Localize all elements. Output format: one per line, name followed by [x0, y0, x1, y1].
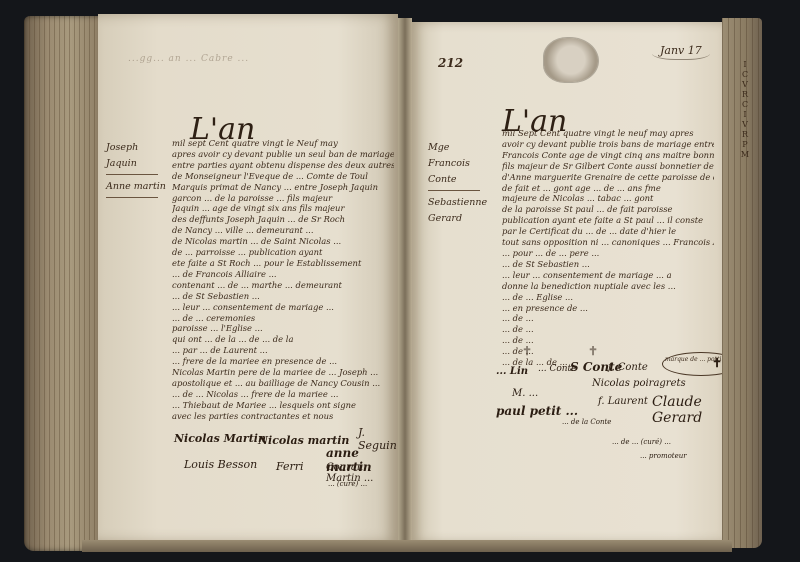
cross-mark-icon: ✝ [588, 344, 598, 358]
book-gutter [398, 18, 412, 542]
text-line: Nicolas Martin pere de la mariee de ... … [172, 367, 394, 378]
margin-divider [428, 190, 480, 191]
edge-letter: M [738, 150, 752, 160]
text-line: avoir cy devant publie trois bans de mar… [502, 139, 714, 150]
text-line: des deffunts Joseph Jaquin ... de Sr Roc… [172, 214, 394, 225]
edge-letter: V [738, 80, 752, 90]
text-line: ... leur ... consentement de mariage ... [172, 302, 394, 313]
text-line: avec les parties contractantes et nous [172, 411, 394, 422]
text-line: de Nicolas martin ... de Saint Nicolas .… [172, 236, 394, 247]
text-line: garcon ... de la paroisse ... fils majeu… [172, 193, 394, 204]
cross-mark-icon: ✝ [712, 356, 722, 370]
open-register-book: ...gg... an ... Cabre ... L'an Joseph Ja… [22, 10, 762, 555]
signature: Nicolas poiragrets [592, 378, 686, 389]
left-page-block-edge [24, 16, 102, 551]
signature: Ferri [276, 460, 304, 473]
signature: ... promoteur [640, 452, 687, 460]
edge-letter: V [738, 120, 752, 130]
text-line: publication ayant ete faite a St paul ..… [502, 215, 714, 226]
text-line: ... par ... de Laurent ... [172, 345, 394, 356]
text-line: ... de ... Eglise ... [502, 292, 714, 303]
margin-name: Anne martin [106, 179, 168, 195]
edge-letter: I [738, 60, 752, 70]
right-entry-text: mil Sept Cent quatre vingt le neuf may a… [502, 128, 714, 368]
text-line: paroisse ... l'Eglise ... [172, 323, 394, 334]
margin-name: Mge [428, 140, 490, 156]
signature: ... de ... (curé) ... [612, 438, 671, 446]
signature: Claude Gerard [652, 394, 722, 426]
text-line: de ... parroisse ... publication ayant [172, 247, 394, 258]
text-line: ... de St Sebastien ... [172, 291, 394, 302]
folio-mark: Janv 17 [652, 44, 710, 60]
signature: ... (curé) ... [328, 480, 367, 488]
signature: Nicolas Martin [174, 432, 266, 445]
signature: Louis Besson [184, 458, 257, 471]
text-line: de Nancy ... ville ... demeurant ... [172, 225, 394, 236]
text-line: par le Certificat du ... de ... date d'h… [502, 226, 714, 237]
signature: paul petit ... [496, 404, 578, 418]
text-line: ... de St Sebastien ... [502, 259, 714, 270]
signature: ... de la Conte [562, 418, 611, 426]
page-number: 212 [438, 56, 463, 70]
text-line: ... Thiebaut de Mariee ... lesquels ont … [172, 400, 394, 411]
bottom-page-block-edge [82, 540, 732, 552]
text-line: de fait et ... gont age ... de ... ans f… [502, 183, 714, 194]
edge-letter: C [738, 70, 752, 80]
text-line: donne la benediction nuptiale avec les .… [502, 281, 714, 292]
edge-letter: R [738, 90, 752, 100]
margin-divider [106, 174, 158, 175]
text-line: Jaquin ... age de vingt six ans fils maj… [172, 203, 394, 214]
margin-divider [106, 197, 158, 198]
text-line: ... de ... [502, 313, 714, 324]
left-page: ...gg... an ... Cabre ... L'an Joseph Ja… [98, 14, 398, 542]
signature: M. ... [512, 388, 538, 399]
text-line: de la paroisse St paul ... de fait paroi… [502, 204, 714, 215]
right-margin-names: Mge Francois Conte Sebastienne Gerard [428, 140, 490, 227]
left-margin-names: Joseph Jaquin Anne martin [106, 140, 168, 202]
signature: f. Laurent [598, 396, 648, 407]
signature: ... Lin [496, 366, 528, 377]
text-line: qui ont ... de la ... de ... de la [172, 334, 394, 345]
text-line: entre parties ayant obtenu dispense des … [172, 160, 394, 171]
text-line: d'Anne marguerite Grenaire de cette paro… [502, 172, 714, 183]
text-line: ... leur ... consentement de mariage ...… [502, 270, 714, 281]
signature: f. Conte [608, 362, 648, 373]
margin-name: Francois Conte [428, 156, 490, 188]
right-page: 212 Janv 17 L'an Mge Francois Conte Seba… [412, 22, 722, 542]
edge-letter: C [738, 100, 752, 110]
wax-seal-stamp [544, 38, 598, 82]
left-page-faint-header: ...gg... an ... Cabre ... [128, 54, 249, 64]
text-line: mil sept Cent quatre vingt le Neuf may [172, 138, 394, 149]
text-line: majeure de Nicolas ... tabac ... gont [502, 193, 714, 204]
text-line: Francois Conte age de vingt cinq ans mai… [502, 150, 714, 161]
text-line: apostolique et ... au bailliage de Nancy… [172, 378, 394, 389]
text-line: ... de ... [502, 324, 714, 335]
text-line: de Monseigneur l'Eveque de ... Comte de … [172, 171, 394, 182]
text-line: ... de Francois Alliaire ... [172, 269, 394, 280]
left-entry-text: mil sept Cent quatre vingt le Neuf may a… [172, 138, 394, 422]
edge-letter: R [738, 130, 752, 140]
text-line: contenant ... de ... marthe ... demeuran… [172, 280, 394, 291]
margin-name: Joseph Jaquin [106, 140, 168, 172]
text-line: ... frere de la mariee en presence de ..… [172, 356, 394, 367]
margin-name: Sebastienne Gerard [428, 195, 490, 227]
edge-letter: P [738, 140, 752, 150]
text-line: ... de ... [502, 335, 714, 346]
text-line: ete faite a St Roch ... pour le Establis… [172, 258, 394, 269]
text-line: ... en presence de ... [502, 303, 714, 314]
text-line: apres avoir cy devant publie un seul ban… [172, 149, 394, 160]
text-line: fils majeur de Sr Gilbert Conte aussi bo… [502, 161, 714, 172]
text-line: mil Sept Cent quatre vingt le neuf may a… [502, 128, 714, 139]
cross-mark-icon: ✝ [522, 344, 532, 358]
text-line: Marquis primat de Nancy ... entre Joseph… [172, 182, 394, 193]
text-line: ... pour ... de ... pere ... [502, 248, 714, 259]
text-line: ... de ... ceremonies [172, 313, 394, 324]
edge-letter: I [738, 110, 752, 120]
edge-index-letters: I C V R C I V R P M [738, 60, 752, 160]
text-line: ... de ... Nicolas ... frere de la marie… [172, 389, 394, 400]
text-line: tout sans opposition ni ... canoniques .… [502, 237, 714, 248]
